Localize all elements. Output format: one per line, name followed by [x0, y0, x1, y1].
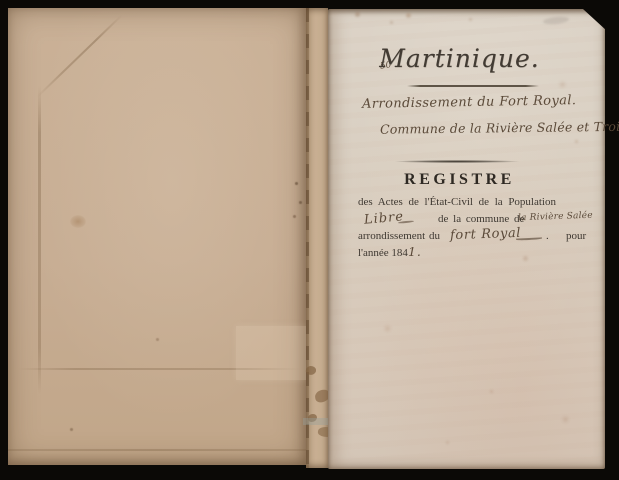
- crease-line: [38, 86, 41, 394]
- commune-name-handwriting: la Rivière Salée: [518, 211, 593, 224]
- arrondissement-printed-label: arrondissement du: [358, 230, 440, 242]
- registre-line-population: des Actes de l'État-Civil de la Populati…: [358, 196, 556, 208]
- fort-royal-handwriting: fort Royal: [450, 226, 522, 243]
- registre-line-arrondissement: arrondissement du fort Royal . pour: [358, 227, 588, 244]
- annee-printed-label: l'année 184: [358, 247, 408, 259]
- arrondissement-handwriting: Arrondissement du Fort Royal.: [362, 93, 577, 112]
- stain: [70, 215, 86, 228]
- commune-printed-label: de la commune de: [438, 213, 524, 225]
- foxing-spots: [328, 9, 331, 12]
- year-digit-handwriting: 1.: [408, 244, 422, 259]
- hinge-crease: [306, 8, 309, 468]
- foxing-spots: [8, 8, 11, 11]
- pour-label: pour: [566, 230, 586, 242]
- period-label: .: [546, 230, 549, 242]
- title-rule: [407, 85, 539, 87]
- right-title-page: 50 Martinique. Arrondissement du Fort Ro…: [328, 9, 605, 469]
- scanned-register-page: 50 Martinique. Arrondissement du Fort Ro…: [0, 0, 619, 480]
- tape-mark: [303, 418, 331, 425]
- crease-line: [36, 14, 122, 97]
- crease-line: [8, 449, 306, 451]
- left-cover-page: [8, 8, 306, 465]
- registre-line-commune: Libre de la commune de la Rivière Salée: [358, 210, 606, 228]
- corner-cut: [583, 9, 607, 31]
- registre-line-annee: l'année 1841.: [358, 244, 422, 259]
- handwriting-flourish: [398, 220, 414, 224]
- handwriting-flourish: [516, 237, 542, 240]
- tape-patch: [236, 326, 306, 380]
- libre-handwriting: Libre: [363, 209, 404, 227]
- island-title: Martinique.: [328, 44, 591, 73]
- swelled-rule: [394, 160, 520, 163]
- commune-handwriting: Commune de la Rivière Salée et Trois Ile…: [380, 118, 619, 136]
- registre-heading: REGISTRE: [328, 171, 591, 189]
- pencil-smudge: [543, 16, 570, 26]
